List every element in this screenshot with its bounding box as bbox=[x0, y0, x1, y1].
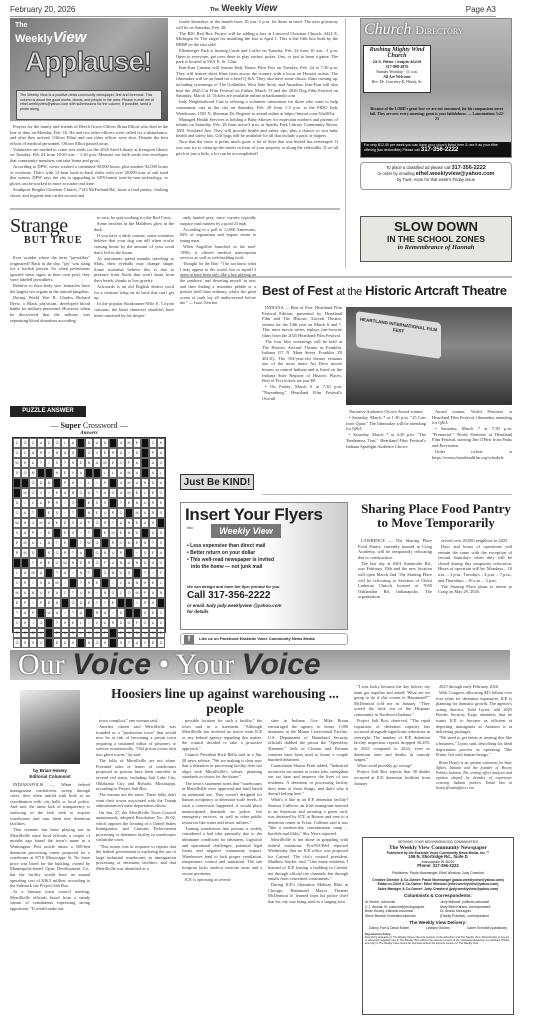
crossword-cell bbox=[45, 638, 53, 648]
crossword-cell: I bbox=[29, 618, 37, 628]
crossword-cell: G bbox=[141, 618, 149, 628]
crossword-cell bbox=[109, 628, 117, 638]
crossword-cell: S bbox=[149, 628, 157, 638]
crossword-cell: O bbox=[157, 488, 165, 498]
puzzle-answer-label: PUZZLE ANSWER bbox=[10, 406, 86, 417]
crossword-cell: O bbox=[53, 548, 61, 558]
crossword-cell: S bbox=[69, 518, 77, 528]
crossword-cell: A bbox=[141, 508, 149, 518]
publishers-list: Publishers: Paula Nicewanger, Ethel Wins… bbox=[365, 871, 511, 876]
our-voice-your-voice-banner: Our Voice • Your Voice bbox=[10, 650, 510, 680]
article-paragraph: • Saturday, March 7 at 4:30 p.m. "The Te… bbox=[346, 432, 426, 449]
crossword-cell: E bbox=[125, 498, 133, 508]
crossword-cell: A bbox=[149, 468, 157, 478]
crossword-cell: S bbox=[69, 448, 77, 458]
crossword-cell: O bbox=[93, 628, 101, 638]
crossword-cell: A bbox=[101, 608, 109, 618]
crossword-cell: E bbox=[53, 628, 61, 638]
article-paragraph: Award winner, World Premiere at Heartlan… bbox=[432, 409, 512, 426]
crossword-cell: I bbox=[109, 578, 117, 588]
fact-item: As astronauts spend months traveling to … bbox=[94, 256, 174, 284]
crossword-cell: M bbox=[125, 438, 133, 448]
crossword-cell: H bbox=[69, 478, 77, 488]
crossword-cell: X bbox=[69, 528, 77, 538]
applause-items-col2: fourth Saturdays of the month from 10 a.… bbox=[176, 19, 338, 157]
crossword-cell bbox=[133, 568, 141, 578]
crossword-cell: D bbox=[117, 608, 125, 618]
article-paragraph: Project Salt Box, observed, "The rapid e… bbox=[354, 718, 430, 763]
crossword-cell: V bbox=[37, 488, 45, 498]
crossword-cell: O bbox=[69, 498, 77, 508]
crossword-cell: A bbox=[61, 568, 69, 578]
crossword-cell: F bbox=[45, 588, 53, 598]
crossword-cell: E bbox=[53, 638, 61, 648]
crossword-cell: D bbox=[45, 478, 53, 488]
crossword-cell: A bbox=[117, 468, 125, 478]
article-paragraph: • Saturday, March 7 at 7:30 p.m. "Premor… bbox=[432, 426, 512, 448]
crossword-cell: E bbox=[93, 578, 101, 588]
crossword-cell bbox=[45, 628, 53, 638]
crossword-cell: S bbox=[53, 458, 61, 468]
crossword-cell: W bbox=[45, 608, 53, 618]
bestfest-col2: Narrative Audience Choice Award winner. … bbox=[346, 409, 426, 450]
crossword-cell: A bbox=[149, 458, 157, 468]
benefit-item: into the home — not junk mail bbox=[187, 564, 274, 571]
applause-item: Managed Health Services is holding a Bab… bbox=[176, 117, 338, 139]
crossword-cell: E bbox=[133, 538, 141, 548]
crossword-cell: N bbox=[85, 638, 93, 648]
crossword-cell: E bbox=[157, 628, 165, 638]
crossword-cell: O bbox=[21, 628, 29, 638]
crossword-cell: A bbox=[109, 558, 117, 568]
benefit-item: • Less expensive than direct mail bbox=[187, 543, 274, 550]
crossword-cell: N bbox=[53, 448, 61, 458]
crossword-cell: I bbox=[61, 608, 69, 618]
crossword-cell: I bbox=[149, 568, 157, 578]
crossword-cell: N bbox=[69, 558, 77, 568]
crossword-cell: M bbox=[133, 588, 141, 598]
crossword-cell: A bbox=[45, 578, 53, 588]
crossword-cell: D bbox=[101, 438, 109, 448]
editorial-col4: sites in Indiana. Gov. Mike Braun encour… bbox=[268, 718, 348, 905]
crossword-cell: S bbox=[29, 638, 37, 648]
crossword-cell bbox=[13, 488, 21, 498]
article-paragraph: sites in Indiana. Gov. Mike Braun encour… bbox=[268, 718, 348, 763]
crossword-cell: A bbox=[101, 488, 109, 498]
crossword-cell: C bbox=[149, 438, 157, 448]
crossword-cell: E bbox=[101, 528, 109, 538]
crossword-cell: I bbox=[61, 498, 69, 508]
crossword-cell: T bbox=[53, 538, 61, 548]
crossword-cell: Y bbox=[141, 638, 149, 648]
crossword-cell: D bbox=[125, 538, 133, 548]
crossword-cell: T bbox=[53, 568, 61, 578]
crossword-cell: O bbox=[93, 548, 101, 558]
crossword-cell: O bbox=[29, 478, 37, 488]
crossword-cell: O bbox=[101, 568, 109, 578]
crossword-cell: U bbox=[77, 588, 85, 598]
crossword-cell bbox=[117, 598, 125, 608]
crossword-cell: A bbox=[133, 638, 141, 648]
article-paragraph: With Congress allocating $45 billion ove… bbox=[436, 690, 512, 735]
crossword-cell: D bbox=[141, 548, 149, 558]
crossword-cell: S bbox=[21, 638, 29, 648]
crossword-cell bbox=[45, 568, 53, 578]
crossword-cell: U bbox=[117, 518, 125, 528]
crossword-cell: H bbox=[21, 458, 29, 468]
crossword-cell: E bbox=[45, 558, 53, 568]
crossword-cell: T bbox=[29, 558, 37, 568]
crossword-cell: O bbox=[93, 558, 101, 568]
columnist-photo bbox=[20, 690, 80, 764]
crossword-cell: M bbox=[125, 478, 133, 488]
crossword-cell: A bbox=[21, 608, 29, 618]
crossword-cell: M bbox=[37, 518, 45, 528]
crossword-cell: T bbox=[149, 538, 157, 548]
crossword-cell: E bbox=[149, 488, 157, 498]
crossword-cell: E bbox=[77, 458, 85, 468]
crossword-cell: O bbox=[13, 638, 21, 648]
crossword-cell: R bbox=[13, 548, 21, 558]
article-paragraph: During ICE's Operation Midway Blitz in C… bbox=[268, 882, 348, 904]
best-of-fest-headline: Best of Fest at the Historic Artcraft Th… bbox=[262, 283, 512, 301]
crossword-cell: A bbox=[77, 468, 85, 478]
article-paragraph: What's it like in an ICE detention facil… bbox=[268, 797, 348, 836]
crossword-cell: I bbox=[45, 448, 53, 458]
sharing-col1: LAWRENCE — The Sharing Place Food Pantry… bbox=[358, 538, 432, 601]
strange-col2: to race, he quit working for the Red Cro… bbox=[94, 215, 174, 319]
crossword-cell: P bbox=[45, 498, 53, 508]
crossword-cell: I bbox=[61, 508, 69, 518]
crossword-cell: H bbox=[53, 468, 61, 478]
crossword-cell: D bbox=[133, 528, 141, 538]
crossword-cell: M bbox=[53, 578, 61, 588]
crossword-cell: A bbox=[29, 458, 37, 468]
crossword-cell: O bbox=[85, 628, 93, 638]
crossword-cell: R bbox=[149, 508, 157, 518]
logo-weekly-view: WeeklyView bbox=[15, 29, 86, 46]
crossword-cell: O bbox=[21, 468, 29, 478]
benefit-item: • Better return on your dollar bbox=[187, 550, 274, 557]
article-paragraph: At a January town council meeting, Merri… bbox=[10, 889, 90, 911]
crossword-cell: N bbox=[29, 468, 37, 478]
church-listing-strip: For only $12.50 per week you can have yo… bbox=[361, 142, 511, 157]
crossword-cell bbox=[53, 528, 61, 538]
crossword-cell: A bbox=[37, 438, 45, 448]
crossword-cell: G bbox=[157, 458, 165, 468]
article-paragraph: Days and hours of operations will remain… bbox=[438, 544, 512, 583]
crossword-cell bbox=[109, 478, 117, 488]
crossword-cell: A bbox=[77, 518, 85, 528]
section-divider bbox=[262, 494, 512, 495]
crossword-cell: E bbox=[13, 538, 21, 548]
crossword-cell: I bbox=[85, 618, 93, 628]
page-number: Page A3 bbox=[466, 5, 496, 14]
crossword-cell: L bbox=[157, 468, 165, 478]
crossword-cell: A bbox=[45, 518, 53, 528]
sharing-place-headline: Sharing Place Food Pantry to Move Tempor… bbox=[358, 502, 514, 530]
crossword-cell: S bbox=[13, 468, 21, 478]
crossword-cell: E bbox=[69, 618, 77, 628]
crossword-cell: C bbox=[61, 588, 69, 598]
fact-item: According to a poll of 11,000 Americans,… bbox=[180, 227, 256, 244]
crossword-cell: F bbox=[157, 568, 165, 578]
crossword-cell: A bbox=[37, 498, 45, 508]
crossword-cell: E bbox=[85, 598, 93, 608]
crossword-cell: O bbox=[21, 438, 29, 448]
fact-item: Some beaches in the Maldives glow in the… bbox=[94, 221, 174, 232]
facebook-like-banner[interactable]: f Like us on Facebook Eastside Voice Com… bbox=[180, 633, 348, 645]
crossword-cell: A bbox=[21, 508, 29, 518]
insert-flyers-ad: Insert Your Flyers into Weekly View • Le… bbox=[180, 502, 348, 630]
weekly-view-logo: Weekly View bbox=[211, 524, 281, 538]
crossword-cell: H bbox=[21, 518, 29, 528]
article-paragraph: INDIANAPOLIS — When federal immigration … bbox=[10, 782, 90, 827]
crossword-cell: E bbox=[149, 638, 157, 648]
article-paragraph: The reasons are the same. These folks do… bbox=[96, 792, 176, 809]
crossword-cell: N bbox=[85, 458, 93, 468]
crossword-cell: T bbox=[93, 488, 101, 498]
crossword-cell: L bbox=[141, 488, 149, 498]
theater-marquee: HEARTLAND INTERNATIONAL FILM FEST bbox=[356, 311, 441, 359]
columnist-bio: Brian Howey is an opinion columnist for … bbox=[436, 761, 512, 791]
flyers-title: Insert Your Flyers bbox=[185, 505, 323, 525]
crossword-cell: O bbox=[69, 598, 77, 608]
crossword-cell: R bbox=[69, 628, 77, 638]
applause-intro: The Weekly View is a positive-news commu… bbox=[16, 90, 162, 120]
crossword-cell: I bbox=[69, 568, 77, 578]
crossword-cell: N bbox=[109, 568, 117, 578]
crossword-cell bbox=[109, 498, 117, 508]
crossword-cell: A bbox=[141, 518, 149, 528]
crossword-cell: N bbox=[141, 538, 149, 548]
bestfest-col3: Award winner, World Premiere at Heartlan… bbox=[432, 409, 512, 461]
flyers-design-note: We can design and have the flyer printed… bbox=[187, 584, 279, 589]
article-paragraph: Council President Rick Bella said in a J… bbox=[182, 752, 262, 780]
applause-item: Now that the snow is pretty much gone, a… bbox=[176, 139, 338, 156]
crossword-cell: R bbox=[109, 508, 117, 518]
crossword-cell: N bbox=[133, 558, 141, 568]
crossword-cell: L bbox=[109, 468, 117, 478]
crossword-cell: I bbox=[93, 588, 101, 598]
crossword-cell: S bbox=[45, 548, 53, 558]
crossword-cell bbox=[141, 458, 149, 468]
article-paragraph: INDIANA — Best of Fest: Heartland Film F… bbox=[262, 305, 342, 339]
crossword-cell: A bbox=[117, 488, 125, 498]
crossword-cell bbox=[109, 638, 117, 648]
crossword-cell bbox=[61, 598, 69, 608]
crossword-cell: R bbox=[85, 558, 93, 568]
crossword-cell: I bbox=[21, 498, 29, 508]
ticket-link: Order tickets at https://events.heartlan… bbox=[432, 449, 512, 460]
article-paragraph: What could possibly go wrong? bbox=[354, 763, 430, 769]
crossword-cell: O bbox=[29, 518, 37, 528]
crossword-cell: E bbox=[53, 488, 61, 498]
crossword-cell: A bbox=[21, 588, 29, 598]
crossword-cell: I bbox=[77, 478, 85, 488]
crossword-cell: E bbox=[117, 628, 125, 638]
crossword-cell: P bbox=[37, 598, 45, 608]
strange-but-true-logo: Strange BUT TRUE bbox=[10, 217, 90, 249]
crossword-cell: E bbox=[45, 508, 53, 518]
office-phone: Phone: 317-356-2222 bbox=[365, 864, 511, 869]
crossword-cell: I bbox=[133, 598, 141, 608]
crossword-cell: N bbox=[53, 598, 61, 608]
crossword-cell: B bbox=[69, 488, 77, 498]
crossword-cell: G bbox=[157, 558, 165, 568]
crossword-cell: E bbox=[93, 508, 101, 518]
crossword-cell: O bbox=[53, 438, 61, 448]
crossword-cell: T bbox=[93, 598, 101, 608]
crossword-cell: S bbox=[101, 638, 109, 648]
section-divider bbox=[10, 208, 340, 210]
crossword-cell: R bbox=[109, 448, 117, 458]
crossword-cell bbox=[125, 548, 133, 558]
slow-down-line3: in Remembrance of Hannah bbox=[361, 244, 511, 251]
columnists-heading: Columnists & Correspondents: bbox=[365, 894, 511, 899]
fact-item: to race, he quit working for the Red Cro… bbox=[94, 215, 174, 221]
crossword-cell: M bbox=[109, 528, 117, 538]
crossword-cell: W bbox=[85, 538, 93, 548]
crossword-cell: T bbox=[69, 588, 77, 598]
crossword-cell: U bbox=[85, 488, 93, 498]
crossword-cell: L bbox=[13, 568, 21, 578]
crossword-cell: T bbox=[37, 458, 45, 468]
article-paragraph: "I was lucky because the day before, my … bbox=[354, 684, 430, 718]
crossword-cell: C bbox=[45, 438, 53, 448]
strange-col3: ately hunted prey, since coyotes typical… bbox=[180, 215, 256, 307]
slow-down-line2: IN THE SCHOOL ZONES bbox=[361, 234, 511, 244]
crossword-cell: E bbox=[61, 528, 69, 538]
crossword-cell: D bbox=[77, 598, 85, 608]
crossword-cell: A bbox=[117, 438, 125, 448]
article-paragraph: Merrillville is not alone in grappling w… bbox=[268, 837, 348, 882]
fact-item: When Angelfire launched in the mid-1990s… bbox=[180, 244, 256, 261]
crossword-cell: S bbox=[101, 498, 109, 508]
crossword-cell bbox=[21, 478, 29, 488]
crossword-cell: D bbox=[157, 638, 165, 648]
crossword-cell: H bbox=[37, 558, 45, 568]
crossword-cell: W bbox=[13, 458, 21, 468]
church-directory-title: Church Directory bbox=[364, 21, 464, 39]
fact-item: Ackwards is an old English dialect word … bbox=[94, 284, 174, 301]
logo-the: The bbox=[15, 22, 27, 29]
article-paragraph: ICE is operating at several bbox=[182, 877, 262, 883]
crossword-cell: E bbox=[133, 518, 141, 528]
masthead-logo: The Weekly View bbox=[210, 3, 277, 14]
crossword-cell: L bbox=[157, 578, 165, 588]
thought-for-the-day: Thought for the Day: "I do not know what… bbox=[180, 261, 256, 306]
crossword-cell: H bbox=[141, 578, 149, 588]
crossword-cell: A bbox=[69, 438, 77, 448]
crossword-cell: G bbox=[109, 488, 117, 498]
crossword-cell: D bbox=[117, 618, 125, 628]
crossword-cell: P bbox=[117, 548, 125, 558]
bestfest-col1: INDIANA — Best of Fest: Heartland Film F… bbox=[262, 305, 342, 402]
crossword-cell: K bbox=[53, 518, 61, 528]
crossword-cell: N bbox=[29, 588, 37, 598]
flyers-email-link[interactable]: or email Judy judy.weeklyview @yahoo.com… bbox=[187, 603, 287, 615]
column-divider bbox=[345, 18, 346, 268]
crossword-cell: R bbox=[109, 538, 117, 548]
crossword-cell: N bbox=[85, 508, 93, 518]
church-pastor: Rev. Dr. Courtney K. Hardy, Sr. bbox=[364, 79, 430, 84]
crossword-cell: O bbox=[53, 558, 61, 568]
crossword-cell: I bbox=[29, 598, 37, 608]
crossword-cell: L bbox=[77, 628, 85, 638]
fact-item: In the popular Roadrunner/Wile E. Coyote… bbox=[94, 301, 174, 318]
article-paragraph: Councilman Shawn Pettit added, "Industri… bbox=[268, 763, 348, 797]
slow-down-line1: SLOW DOWN bbox=[361, 220, 511, 234]
crossword-cell: H bbox=[157, 438, 165, 448]
crossword-cell bbox=[157, 598, 165, 608]
crossword-cell bbox=[93, 528, 101, 538]
crossword-cell: A bbox=[149, 558, 157, 568]
crossword-cell: O bbox=[13, 508, 21, 518]
crossword-cell: E bbox=[77, 558, 85, 568]
crossword-cell bbox=[77, 438, 85, 448]
crossword-cell: S bbox=[149, 518, 157, 528]
crossword-cell: P bbox=[29, 528, 37, 538]
crossword-cell: A bbox=[157, 478, 165, 488]
crossword-cell: R bbox=[37, 448, 45, 458]
crossword-cell bbox=[85, 468, 93, 478]
article-paragraph: • Saturday, March 7 at 1:30 p.m. "25 Cat… bbox=[346, 415, 426, 432]
crossword-cell: A bbox=[93, 438, 101, 448]
article-paragraph: "This action was in response to reports … bbox=[96, 844, 176, 872]
crossword-cell: D bbox=[149, 478, 157, 488]
crossword-cell: C bbox=[29, 498, 37, 508]
crossword-cell: O bbox=[37, 638, 45, 648]
crossword-cell: P bbox=[29, 608, 37, 618]
crossword-cell: W bbox=[13, 518, 21, 528]
crossword-cell bbox=[77, 508, 85, 518]
crossword-cell: N bbox=[141, 478, 149, 488]
fact-item: ately hunted prey, since coyotes typical… bbox=[180, 215, 256, 226]
editorial-col5: "I was lucky because the day before, my … bbox=[354, 684, 430, 787]
article-paragraph: The town's statement notes that "warehou… bbox=[182, 781, 262, 826]
crossword-cell: A bbox=[117, 478, 125, 488]
crossword-cell: A bbox=[133, 458, 141, 468]
applause-item: Kan-Kan Cinema will feature Indy Dance F… bbox=[176, 65, 338, 99]
heartland-film-fest-photo: HEARTLAND INTERNATIONAL FILM FEST bbox=[346, 307, 512, 405]
crossword-cell: I bbox=[109, 608, 117, 618]
crossword-cell: P bbox=[61, 478, 69, 488]
columnists-list: Al Hunter, columnistJerry Mansell, polit… bbox=[365, 900, 511, 918]
crossword-cell: E bbox=[133, 438, 141, 448]
crossword-cell: O bbox=[117, 458, 125, 468]
benefit-item: • This well-read newspaper is invited bbox=[187, 557, 274, 564]
crossword-cell: M bbox=[125, 468, 133, 478]
crossword-cell: O bbox=[117, 508, 125, 518]
crossword-cell bbox=[37, 468, 45, 478]
crossword-cell: T bbox=[141, 568, 149, 578]
crossword-cell: G bbox=[29, 628, 37, 638]
crossword-cell: P bbox=[101, 628, 109, 638]
crossword-cell: C bbox=[21, 448, 29, 458]
super-crossword-title: — Super Crossword — bbox=[10, 421, 168, 431]
issue-date: February 20, 2026 bbox=[10, 5, 75, 14]
church-directory-ad: Church Directory Rushing Mighty Wind Chu… bbox=[360, 18, 512, 158]
crossword-cell: E bbox=[85, 498, 93, 508]
crossword-cell: W bbox=[61, 558, 69, 568]
crossword-cell: D bbox=[117, 448, 125, 458]
crossword-cell: H bbox=[37, 628, 45, 638]
church-listing-card: Rushing Mighty Wind Church 23 S. Ritter … bbox=[363, 45, 431, 93]
crossword-cell: I bbox=[133, 548, 141, 558]
crossword-cell bbox=[157, 518, 165, 528]
crossword-cell bbox=[141, 438, 149, 448]
